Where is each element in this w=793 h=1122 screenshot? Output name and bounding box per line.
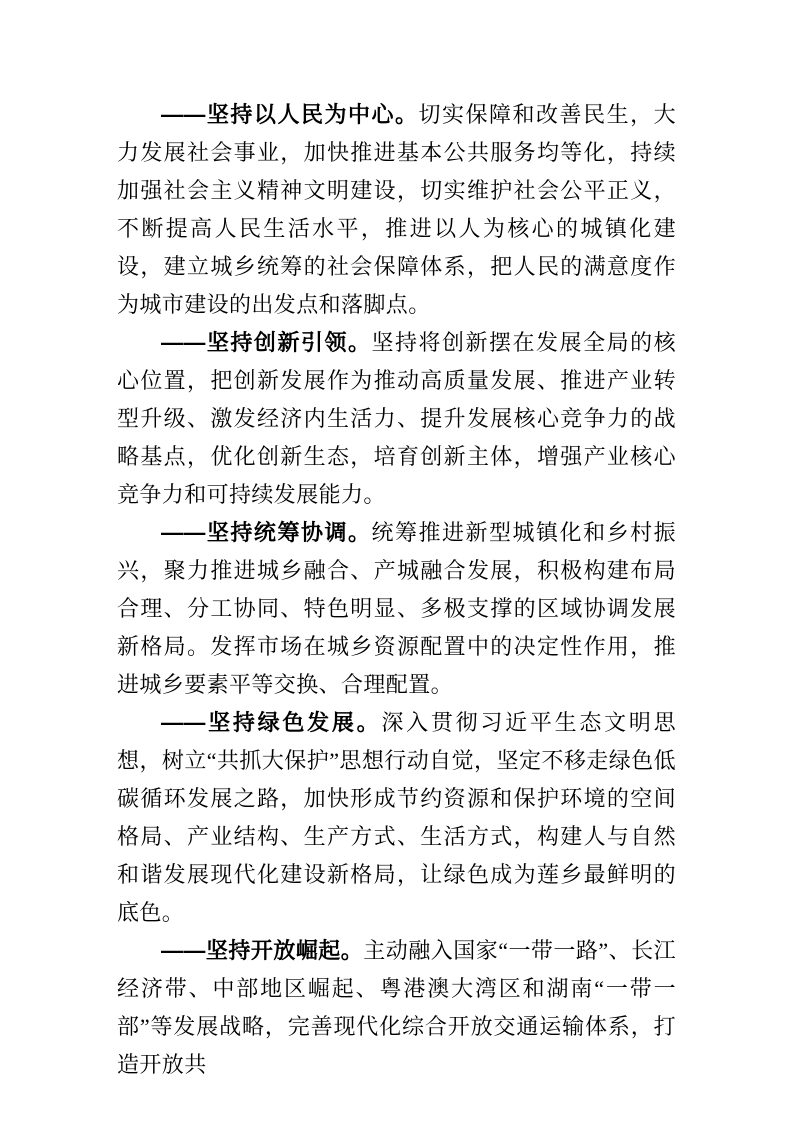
paragraph-body: 坚持将创新摆在发展全局的核心位置，把创新发展作为推动高质量发展、推进产业转型升级… (117, 330, 676, 507)
paragraph-body: 统筹推进新型城镇化和乡村振兴，聚力推进城乡融合、产城融合发展，积极构建布局合理、… (117, 520, 676, 697)
paragraph-body: 切实保障和改善民生，大力发展社会事业，加快推进基本公共服务均等化，持续加强社会主… (117, 102, 676, 317)
document-page: ——坚持以人民为中心。切实保障和改善民生，大力发展社会事业，加快推进基本公共服务… (0, 0, 793, 1122)
paragraph-innovation: ——坚持创新引领。坚持将创新摆在发展全局的核心位置，把创新发展作为推动高质量发展… (117, 324, 676, 514)
paragraph-opening-up: ——坚持开放崛起。主动融入国家“一带一路”、长江经济带、中部地区崛起、粤港澳大湾… (117, 932, 676, 1084)
paragraph-body: 深入贯彻习近平生态文明思想，树立“共抓大保护”思想行动自觉，坚定不移走绿色低碳循… (117, 710, 676, 925)
paragraph-lead: ——坚持绿色发展。 (161, 710, 381, 735)
paragraph-lead: ——坚持统筹协调。 (161, 520, 371, 545)
paragraph-people-centered: ——坚持以人民为中心。切实保障和改善民生，大力发展社会事业，加快推进基本公共服务… (117, 96, 676, 324)
paragraph-lead: ——坚持创新引领。 (161, 330, 371, 355)
paragraph-lead: ——坚持开放崛起。 (161, 938, 363, 963)
paragraph-coordination: ——坚持统筹协调。统筹推进新型城镇化和乡村振兴，聚力推进城乡融合、产城融合发展，… (117, 514, 676, 704)
paragraph-green-development: ——坚持绿色发展。深入贯彻习近平生态文明思想，树立“共抓大保护”思想行动自觉，坚… (117, 704, 676, 932)
paragraph-lead: ——坚持以人民为中心。 (161, 102, 419, 127)
